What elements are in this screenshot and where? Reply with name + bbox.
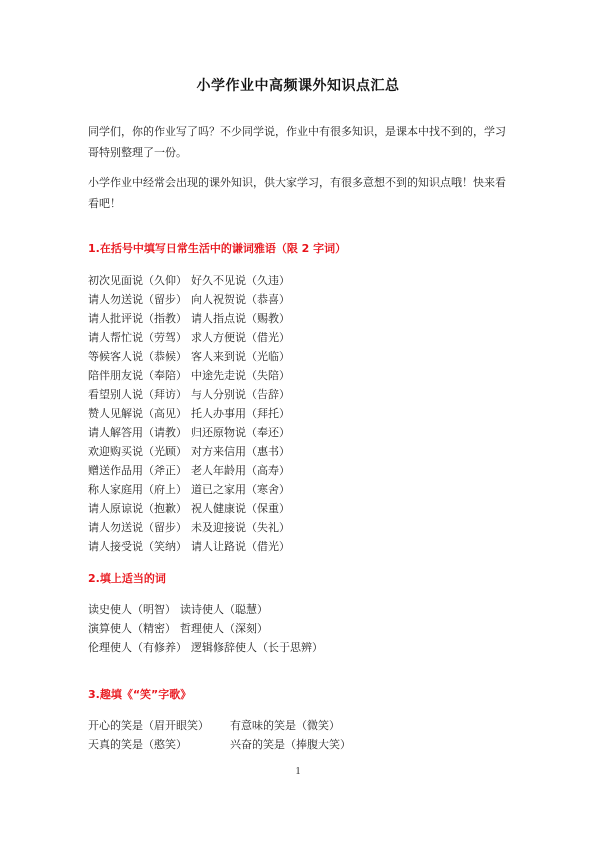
document-title: 小学作业中高频课外知识点汇总 — [0, 75, 596, 95]
list-item-entry: 演算使人（精密） — [88, 622, 176, 635]
list-item: 天真的笑是（憨笑）兴奋的笑是（捧腹大笑） — [88, 735, 351, 754]
section-heading-1: 1.在括号中填写日常生活中的谦词雅语（限 2 字词） — [88, 240, 346, 256]
list-item: 请人解答用（请教）归还原物说（奉还） — [88, 423, 290, 442]
list-item-entry: 哲理使人（深刻） — [180, 622, 268, 635]
list-item-entry: 请人指点说（赐教） — [191, 312, 290, 325]
list-item-entry: 请人原谅说（抱歉） — [88, 502, 187, 515]
list-item-entry: 称人家庭用（府上） — [88, 483, 187, 496]
list-item-entry: 请人接受说（笑纳） — [88, 540, 187, 553]
list-item: 请人帮忙说（劳驾）求人方便说（借光） — [88, 328, 290, 347]
section-1-list: 初次见面说（久仰）好久不见说（久违）请人勿送说（留步）向人祝贺说（恭喜）请人批评… — [88, 271, 290, 556]
list-item-entry: 对方来信用（惠书） — [191, 445, 290, 458]
list-item-entry: 老人年龄用（高寿） — [191, 464, 290, 477]
list-item-entry: 向人祝贺说（恭喜） — [191, 293, 290, 306]
section-heading-2: 2.填上适当的词 — [88, 570, 166, 586]
list-item-entry: 请人帮忙说（劳驾） — [88, 331, 187, 344]
list-item-entry: 有意味的笑是（微笑） — [230, 719, 340, 732]
list-item-entry: 与人分别说（告辞） — [191, 388, 290, 401]
list-item-entry: 读史使人（明智） — [88, 603, 176, 616]
list-item: 请人批评说（指教）请人指点说（赐教） — [88, 309, 290, 328]
list-item-entry: 赞人见解说（高见） — [88, 407, 187, 420]
list-item-entry: 客人来到说（光临） — [191, 350, 290, 363]
list-item-entry: 请人勿送说（留步） — [88, 521, 187, 534]
list-item-entry: 看望别人说（拜访） — [88, 388, 187, 401]
list-item-entry: 请人批评说（指教） — [88, 312, 187, 325]
list-item-entry: 等候客人说（恭候） — [88, 350, 187, 363]
list-item-entry: 读诗使人（聪慧） — [180, 603, 268, 616]
list-item-entry: 天真的笑是（憨笑） — [88, 735, 230, 754]
list-item-entry: 伦理使人（有修养） — [88, 641, 187, 654]
list-item: 请人勿送说（留步）向人祝贺说（恭喜） — [88, 290, 290, 309]
page-number: 1 — [0, 766, 596, 777]
list-item-entry: 开心的笑是（眉开眼笑） — [88, 716, 230, 735]
list-item: 演算使人（精密）哲理使人（深刻） — [88, 619, 323, 638]
list-item: 请人接受说（笑纳）请人让路说（借光） — [88, 537, 290, 556]
list-item: 赞人见解说（高见）托人办事用（拜托） — [88, 404, 290, 423]
list-item-entry: 归还原物说（奉还） — [191, 426, 290, 439]
intro-paragraph-1: 同学们，你的作业写了吗？不少同学说，作业中有很多知识，是课本中找不到的，学习哥特… — [88, 121, 508, 163]
list-item: 伦理使人（有修养）逻辑修辞使人（长于思辨） — [88, 638, 323, 657]
list-item-entry: 请人让路说（借光） — [191, 540, 290, 553]
intro-paragraph-2: 小学作业中经常会出现的课外知识，供大家学习，有很多意想不到的知识点哦！快来看看吧… — [88, 172, 508, 214]
list-item-entry: 未及迎接说（失礼） — [191, 521, 290, 534]
list-item-entry: 欢迎购买说（光顾） — [88, 445, 187, 458]
list-item-entry: 逻辑修辞使人（长于思辨） — [191, 641, 323, 654]
list-item-entry: 陪伴朋友说（奉陪） — [88, 369, 187, 382]
section-heading-3: 3.趣填《“笑”字歌》 — [88, 686, 191, 702]
list-item: 请人原谅说（抱歉）祝人健康说（保重） — [88, 499, 290, 518]
list-item: 读史使人（明智）读诗使人（聪慧） — [88, 600, 323, 619]
list-item-entry: 好久不见说（久违） — [191, 274, 290, 287]
list-item: 称人家庭用（府上）道已之家用（寒舍） — [88, 480, 290, 499]
list-item: 等候客人说（恭候）客人来到说（光临） — [88, 347, 290, 366]
list-item: 看望别人说（拜访）与人分别说（告辞） — [88, 385, 290, 404]
list-item: 赠送作品用（斧正）老人年龄用（高寿） — [88, 461, 290, 480]
list-item-entry: 求人方便说（借光） — [191, 331, 290, 344]
list-item-entry: 中途先走说（失陪） — [191, 369, 290, 382]
section-2-list: 读史使人（明智）读诗使人（聪慧）演算使人（精密）哲理使人（深刻）伦理使人（有修养… — [88, 600, 323, 657]
list-item: 请人勿送说（留步）未及迎接说（失礼） — [88, 518, 290, 537]
list-item-entry: 请人解答用（请教） — [88, 426, 187, 439]
list-item-entry: 兴奋的笑是（捧腹大笑） — [230, 738, 351, 751]
list-item: 欢迎购买说（光顾）对方来信用（惠书） — [88, 442, 290, 461]
section-3-list: 开心的笑是（眉开眼笑）有意味的笑是（微笑）天真的笑是（憨笑）兴奋的笑是（捧腹大笑… — [88, 716, 351, 754]
list-item-entry: 道已之家用（寒舍） — [191, 483, 290, 496]
list-item-entry: 祝人健康说（保重） — [191, 502, 290, 515]
list-item: 陪伴朋友说（奉陪）中途先走说（失陪） — [88, 366, 290, 385]
list-item: 初次见面说（久仰）好久不见说（久违） — [88, 271, 290, 290]
list-item-entry: 赠送作品用（斧正） — [88, 464, 187, 477]
list-item-entry: 托人办事用（拜托） — [191, 407, 290, 420]
list-item-entry: 请人勿送说（留步） — [88, 293, 187, 306]
list-item: 开心的笑是（眉开眼笑）有意味的笑是（微笑） — [88, 716, 351, 735]
list-item-entry: 初次见面说（久仰） — [88, 274, 187, 287]
